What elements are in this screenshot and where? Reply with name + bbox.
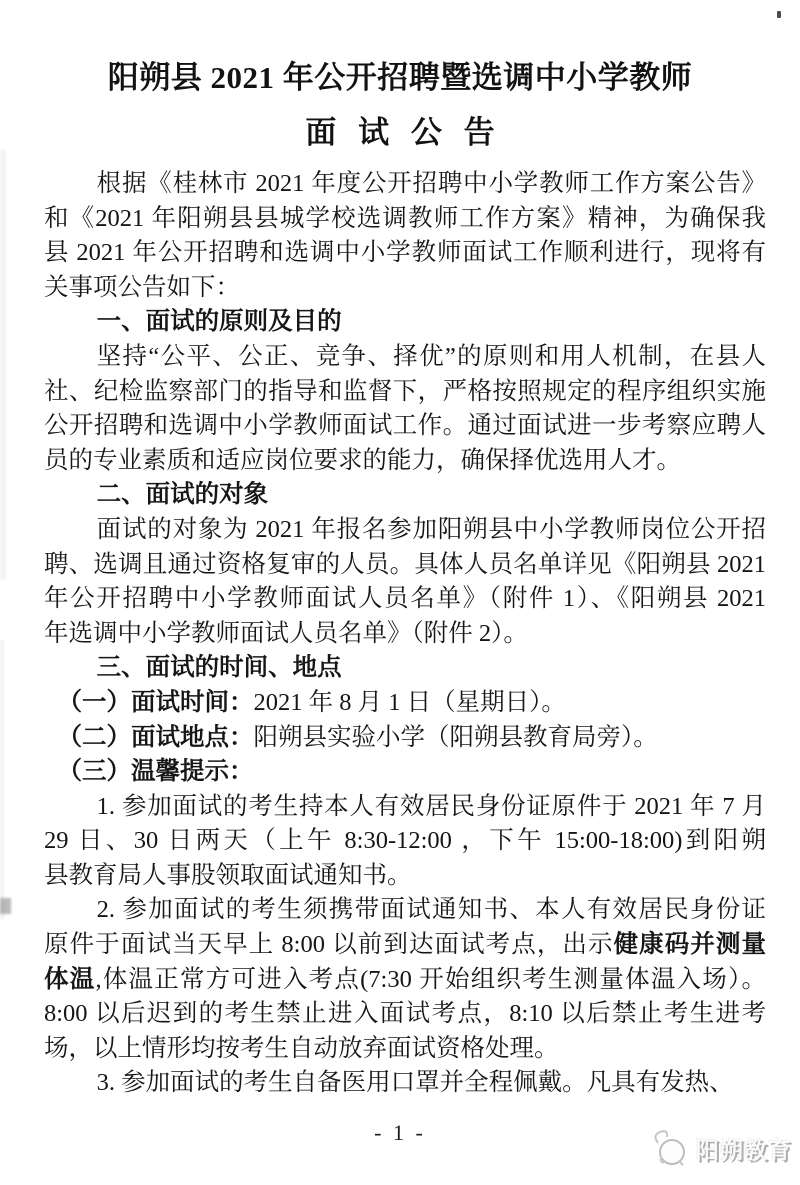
body-text: 县 2021 年公开招聘和选调中小学教师面试工作顺利进行，现将有: [44, 239, 766, 266]
document-title-line1: 阳朔县 2021 年公开招聘暨选调中小学教师: [0, 52, 800, 97]
body-text: 原件于面试当天早上 8:00 以前到达面试考点，出示: [44, 931, 614, 958]
emphasized-text: 健康码并测量: [614, 931, 766, 958]
body-text: 8:00 以后迟到的考生禁止进入面试考点，8:10 以后禁止考生进考: [44, 1000, 766, 1027]
document-body: 根据《桂林市 2021 年度公开招聘中小学教师工作方案公告》和《2021 年阳朔…: [44, 167, 766, 1101]
text-line: 公开招聘和选调中小学教师面试工作。通过面试进一步考察应聘人: [44, 409, 766, 444]
emphasized-text: 三、面试的时间、地点: [97, 654, 342, 681]
body-text: 员的专业素质和适应岗位要求的能力，确保择优选用人才。: [44, 447, 681, 474]
text-line: 员的专业素质和适应岗位要求的能力，确保择优选用人才。: [44, 444, 766, 479]
text-line: 29 日、30 日两天（上午 8:30-12:00 ，下午 15:00-18:0…: [44, 824, 766, 859]
body-text: 和《2021 年阳朔县县城学校选调教师工作方案》精神，为确保我: [44, 205, 766, 232]
body-text: 聘、选调且通过资格复审的人员。具体人员名单详见《阳朔县 2021: [44, 551, 766, 578]
section-heading: 一、面试的原则及目的: [44, 305, 766, 340]
text-line: 根据《桂林市 2021 年度公开招聘中小学教师工作方案公告》: [44, 167, 766, 202]
scan-speck-artifact: [777, 11, 781, 18]
text-line: 和《2021 年阳朔县县城学校选调教师工作方案》精神，为确保我: [44, 202, 766, 237]
scan-streak-artifact: [0, 640, 4, 920]
text-line: 社、纪检监察部门的指导和监督下，严格按照规定的程序组织实施: [44, 375, 766, 410]
text-line: 聘、选调且通过资格复审的人员。具体人员名单详见《阳朔县 2021: [44, 548, 766, 583]
text-line: 体温,体温正常方可进入考点(7:30 开始组织考生测量体温入场）。: [44, 963, 766, 998]
text-line: （一）面试时间：2021 年 8 月 1 日（星期日）。: [44, 686, 766, 721]
body-text: 公开招聘和选调中小学教师面试工作。通过面试进一步考察应聘人: [44, 412, 766, 439]
emphasized-text: 二、面试的对象: [97, 481, 269, 508]
yangshuo-education-logo-icon: [648, 1127, 690, 1169]
body-text: 阳朔县实验小学（阳朔县教育局旁）。: [253, 724, 657, 751]
text-line: 3. 参加面试的考生自备医用口罩并全程佩戴。凡具有发热、: [44, 1066, 766, 1101]
section-heading: 二、面试的对象: [44, 478, 766, 513]
body-text: 29 日、30 日两天（上午 8:30-12:00 ，下午 15:00-18:0…: [44, 827, 766, 854]
emphasized-text: （三）温馨提示：: [57, 758, 253, 785]
emphasized-text: 体温: [44, 966, 95, 993]
text-line: 关事项公告如下：: [44, 271, 766, 306]
text-line: 2. 参加面试的考生须携带面试通知书、本人有效居民身份证: [44, 893, 766, 928]
text-line: 县 2021 年公开招聘和选调中小学教师面试工作顺利进行，现将有: [44, 236, 766, 271]
text-line: 场，以上情形均按考生自动放弃面试资格处理。: [44, 1032, 766, 1067]
body-text: 年选调中小学教师面试人员名单》（附件 2）。: [44, 620, 528, 647]
body-text: 2. 参加面试的考生须携带面试通知书、本人有效居民身份证: [97, 896, 766, 923]
text-line: 年公开招聘中小学教师面试人员名单》（附件 1）、《阳朔县 2021: [44, 582, 766, 617]
body-text: 面试的对象为 2021 年报名参加阳朔县中小学教师岗位公开招: [97, 516, 766, 543]
body-text: 1. 参加面试的考生持本人有效居民身份证原件于 2021 年 7 月: [97, 793, 766, 820]
watermark-text: 阳朔教育: [696, 1132, 792, 1165]
document-page: 阳朔县 2021 年公开招聘暨选调中小学教师 面 试 公 告 根据《桂林市 20…: [0, 0, 800, 1185]
emphasized-text: （一）面试时间：: [57, 689, 253, 716]
text-line: 坚持“公平、公正、竞争、择优”的原则和用人机制，在县人: [44, 340, 766, 375]
body-text: 关事项公告如下：: [44, 274, 240, 301]
text-line: 县教育局人事股领取面试通知书。: [44, 859, 766, 894]
body-text: ,体温正常方可进入考点(7:30 开始组织考生测量体温入场）。: [95, 966, 766, 993]
watermark: 阳朔教育: [648, 1124, 798, 1172]
section-heading: 三、面试的时间、地点: [44, 651, 766, 686]
body-text: 3. 参加面试的考生自备医用口罩并全程佩戴。凡具有发热、: [97, 1069, 734, 1096]
emphasized-text: 一、面试的原则及目的: [97, 308, 342, 335]
text-line: 年选调中小学教师面试人员名单》（附件 2）。: [44, 617, 766, 652]
body-text: 坚持“公平、公正、竞争、择优”的原则和用人机制，在县人: [97, 343, 766, 370]
text-line: （二）面试地点：阳朔县实验小学（阳朔县教育局旁）。: [44, 721, 766, 756]
scan-streak-artifact: [0, 150, 6, 580]
body-text: 根据《桂林市 2021 年度公开招聘中小学教师工作方案公告》: [97, 170, 766, 197]
body-text: 年公开招聘中小学教师面试人员名单》（附件 1）、《阳朔县 2021: [44, 585, 766, 612]
body-text: 场，以上情形均按考生自动放弃面试资格处理。: [44, 1035, 559, 1062]
body-text: 社、纪检监察部门的指导和监督下，严格按照规定的程序组织实施: [44, 378, 766, 405]
text-line: 原件于面试当天早上 8:00 以前到达面试考点，出示健康码并测量: [44, 928, 766, 963]
body-text: 2021 年 8 月 1 日（星期日）。: [253, 689, 565, 716]
text-line: 面试的对象为 2021 年报名参加阳朔县中小学教师岗位公开招: [44, 513, 766, 548]
text-line: 1. 参加面试的考生持本人有效居民身份证原件于 2021 年 7 月: [44, 790, 766, 825]
emphasized-text: （二）面试地点：: [57, 724, 253, 751]
text-line: （三）温馨提示：: [44, 755, 766, 790]
text-line: 8:00 以后迟到的考生禁止进入面试考点，8:10 以后禁止考生进考: [44, 997, 766, 1032]
body-text: 县教育局人事股领取面试通知书。: [44, 862, 412, 889]
document-title-line2: 面 试 公 告: [0, 107, 800, 152]
